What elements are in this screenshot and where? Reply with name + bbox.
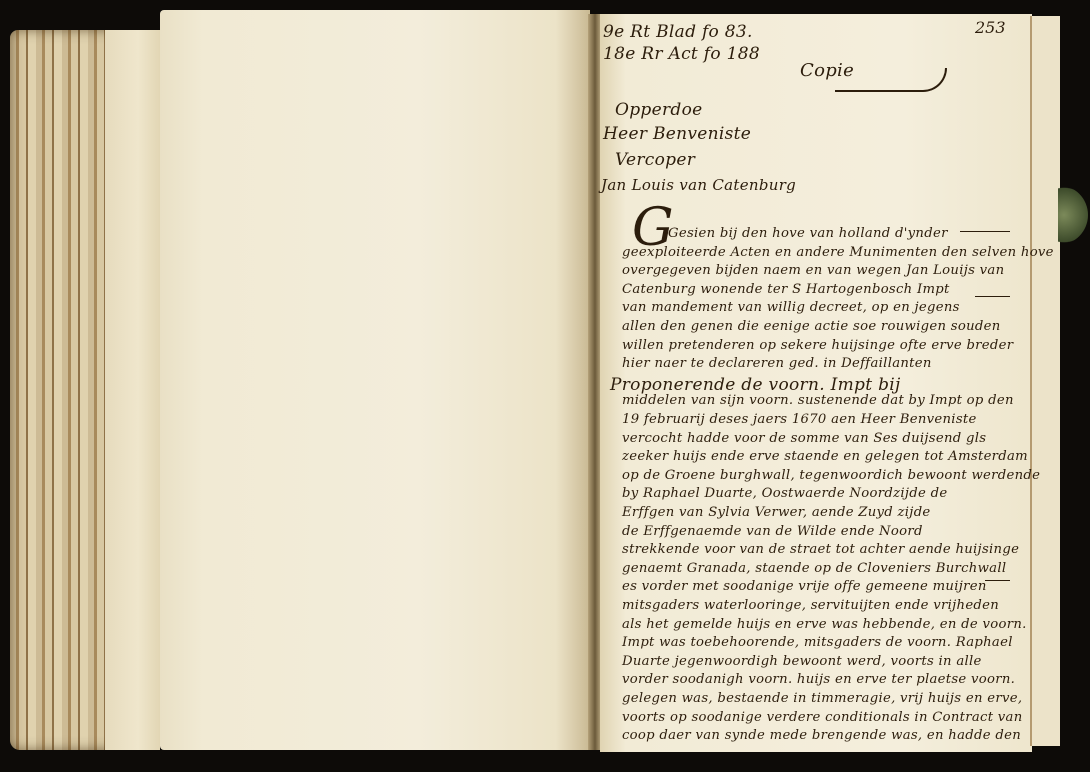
manuscript-line: gelegen was, bestaende in timmeragie, vr… [622, 691, 1022, 706]
manuscript-line: als het gemelde huijs en erve was hebben… [622, 617, 1027, 632]
manuscript-line: middelen van sijn voorn. sustenende dat … [622, 393, 1014, 408]
index-tab-strip [1030, 16, 1060, 746]
manuscript-line: genaemt Granada, staende op de Clovenier… [622, 561, 1006, 576]
party-benveniste: Heer Benveniste [603, 124, 751, 144]
line-filler [960, 231, 1010, 232]
manuscript-line: strekkende voor van de straet tot achter… [622, 542, 1019, 557]
manuscript-line: Catenburg wonende ter S Hartogenbosch Im… [622, 282, 950, 297]
manuscript-line: allen den genen die eenige actie soe rou… [622, 319, 1001, 334]
manuscript-line: Proponerende de voorn. Impt bij [610, 375, 901, 395]
manuscript-line: zeeker huijs ende erve staende en gelege… [622, 449, 1028, 464]
reference-line-2: 18e Rr Act fo 188 [603, 44, 760, 64]
open-manuscript-volume: 253 9e Rt Blad fo 83. 18e Rr Act fo 188 … [0, 0, 1090, 772]
manuscript-line: by Raphael Duarte, Oostwaerde Noordzijde… [622, 486, 947, 501]
manuscript-line: Gesien bij den hove van holland d'ynder [668, 226, 948, 241]
line-filler [985, 580, 1010, 581]
manuscript-line: voorts op soodanige verdere conditionals… [622, 710, 1023, 725]
party-vercoper: Vercoper [615, 150, 695, 170]
manuscript-line: coop daer van synde mede brengende was, … [622, 728, 1021, 743]
line-filler [975, 296, 1010, 297]
manuscript-line: 19 februarij deses jaers 1670 aen Heer B… [622, 412, 977, 427]
manuscript-line: es vorder met soodanige vrije offe gemee… [622, 579, 987, 594]
manuscript-line: mitsgaders waterlooringe, servituijten e… [622, 598, 999, 613]
manuscript-line: Erffgen van Sylvia Verwer, aende Zuyd zi… [622, 505, 931, 520]
reference-line-1: 9e Rt Blad fo 83. [603, 22, 753, 42]
manuscript-line: op de Groene burghwall, tegenwoordich be… [622, 468, 1040, 483]
left-page-blank [160, 10, 590, 750]
manuscript-line: van mandement van willig decreet, op en … [622, 300, 960, 315]
manuscript-line: Duarte jegenwoordigh bewoont werd, voort… [622, 654, 982, 669]
manuscript-line: vercocht hadde voor de somme van Ses dui… [622, 431, 986, 446]
manuscript-line: de Erffgenaemde van de Wilde ende Noord [622, 524, 923, 539]
page-edges-left [10, 30, 160, 750]
party-catenburg: Jan Louis van Catenburg [601, 176, 796, 194]
manuscript-line: overgegeven bijden naem en van wegen Jan… [622, 263, 1004, 278]
manuscript-line: Impt was toebehoorende, mitsgaders de vo… [622, 635, 1013, 650]
manuscript-line: vorder soodanigh voorn. huijs en erve te… [622, 672, 1015, 687]
ribbon-tassel [1058, 185, 1088, 245]
party-opperdoe: Opperdoe [615, 100, 702, 120]
heading-flourish [835, 68, 947, 92]
manuscript-line: geexploiteerde Acten en andere Munimente… [622, 245, 1054, 260]
manuscript-line: hier naer te declareren ged. in Deffaill… [622, 356, 932, 371]
manuscript-line: willen pretenderen op sekere huijsinge o… [622, 338, 1013, 353]
folio-number: 253 [975, 18, 1006, 37]
